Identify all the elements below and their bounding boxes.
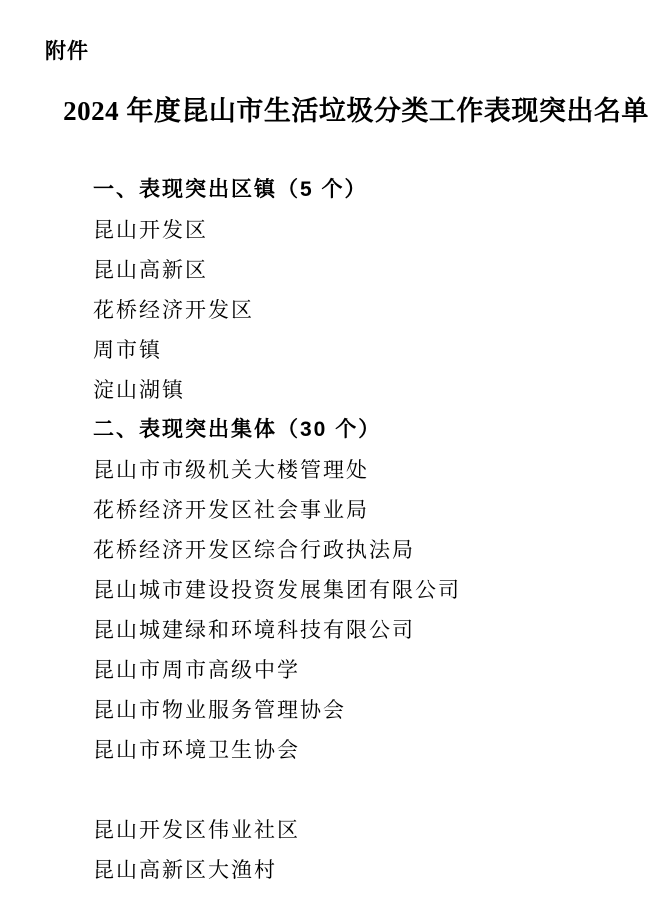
attachment-label: 附件 (45, 40, 89, 63)
list-item: 昆山市周市高级中学 (93, 650, 662, 690)
blank-line (93, 770, 662, 810)
list-item: 昆山市物业服务管理协会 (93, 690, 662, 730)
list-item: 昆山市环境卫生协会 (93, 730, 662, 770)
list-item: 昆山城市建设投资发展集团有限公司 (93, 570, 662, 610)
list-item: 昆山市市级机关大楼管理处 (93, 450, 662, 490)
list-item: 昆山开发区 (93, 210, 662, 250)
list-item: 花桥经济开发区综合行政执法局 (93, 530, 662, 570)
list-item: 昆山城建绿和环境科技有限公司 (93, 610, 662, 650)
page-title: 2024 年度昆山市生活垃圾分类工作表现突出名单 (40, 94, 672, 129)
list-item: 昆山开发区伟业社区 (93, 810, 662, 850)
list-item: 昆山高新区 (93, 250, 662, 290)
list-item: 花桥经济开发区社会事业局 (93, 490, 662, 530)
document-body: 一、表现突出区镇（5 个） 昆山开发区 昆山高新区 花桥经济开发区 周市镇 淀山… (93, 170, 662, 890)
section-2-heading: 二、表现突出集体（30 个） (93, 410, 662, 450)
section-1-heading: 一、表现突出区镇（5 个） (93, 170, 662, 210)
list-item: 周市镇 (93, 330, 662, 370)
list-item: 淀山湖镇 (93, 370, 662, 410)
list-item: 花桥经济开发区 (93, 290, 662, 330)
document-page: 附件 2024 年度昆山市生活垃圾分类工作表现突出名单 一、表现突出区镇（5 个… (0, 0, 672, 920)
list-item: 昆山高新区大渔村 (93, 850, 662, 890)
